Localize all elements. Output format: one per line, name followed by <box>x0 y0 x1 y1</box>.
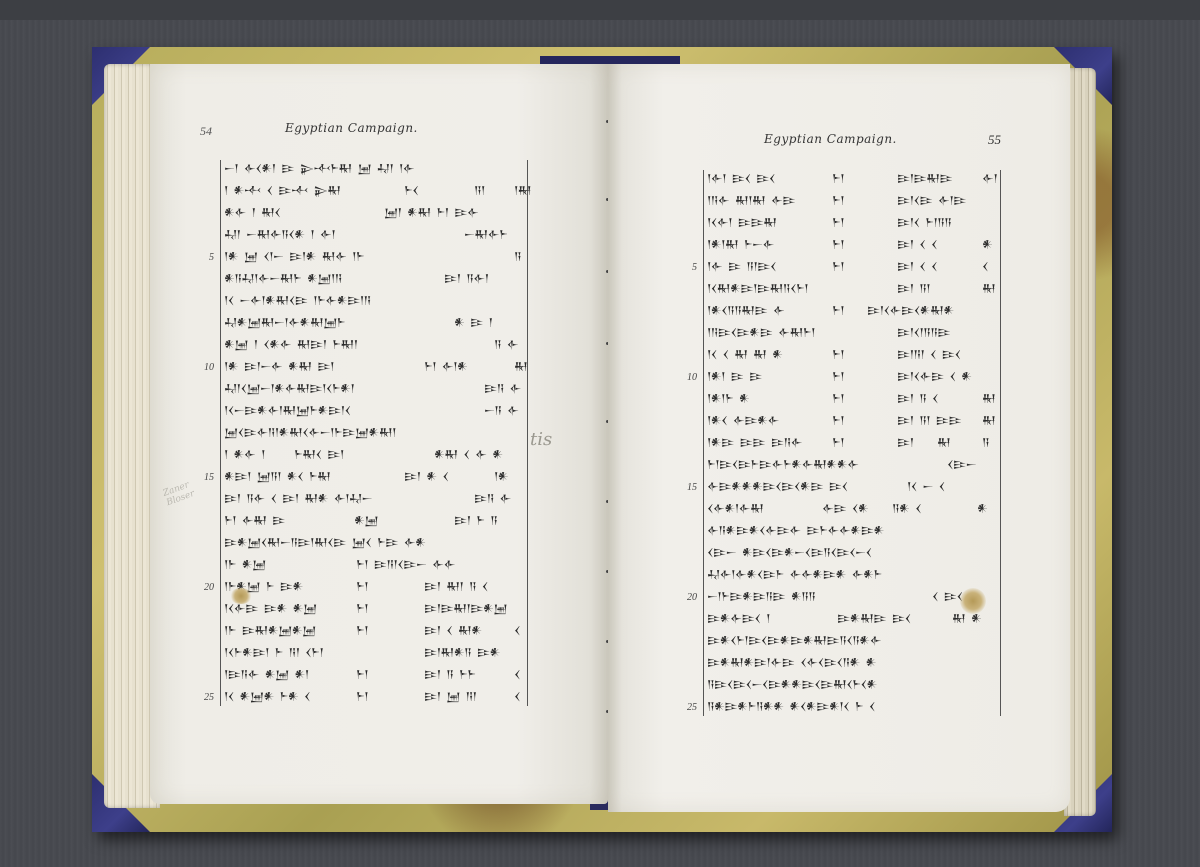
cuneiform-glyphs: 𒄷𒁹 𒀸𒊑𒅆𒀀𒌋𒀭 𒁹 𒅆𒁹 <box>224 228 335 242</box>
line-number: 10 <box>677 372 697 383</box>
text-line: 𒌋𒅆𒀭𒁹𒅆𒊑𒅆𒄿 𒌋𒀭𒀀𒀭 𒌋𒀭 <box>704 502 1000 516</box>
cuneiform-glyphs: 𒄿𒁹 𒀀 𒌋 <box>897 392 938 406</box>
cuneiform-glyphs: 𒈨𒌋 <box>404 184 418 198</box>
cuneiform-glyphs: 𒄿𒁹𒀀𒁹 𒌋 𒄿𒌋 <box>897 348 961 362</box>
text-line: 𒀀𒄿𒌋𒄿𒌋𒀸𒌋𒄿𒀭𒀭𒄿𒌋𒄿𒊑𒌋𒈨𒌋𒀭 <box>704 678 1000 692</box>
cuneiform-glyphs: 𒁹 𒀭𒋾 𒌋 𒄿𒋾 𒉌𒊑 <box>224 184 340 198</box>
cuneiform-glyphs: 𒈨𒁹 <box>832 194 844 208</box>
cuneiform-glyphs: 𒈨𒁹𒄿𒌋𒄿𒈨𒄿𒅆𒈨𒀭𒅆𒊑𒀭𒀭𒅆 <box>707 458 859 472</box>
cuneiform-glyphs: 𒁹𒈨 𒀭𒅁 <box>224 558 266 572</box>
cuneiform-glyphs: 𒌋 <box>982 260 988 274</box>
text-line: 𒄿𒀭𒊑𒀭𒄿𒁹𒅆𒄿 𒌋𒅆𒌋𒄿𒌋𒀀𒀭 𒀭 <box>704 656 1000 670</box>
cuneiform-glyphs: 𒄿𒁹 <box>897 436 914 450</box>
text-line: 𒁹𒈨𒀭𒅁 𒈨 𒄿𒀭𒈨𒁹𒄿𒁹 𒊑𒁹 𒀀 𒌋 <box>221 580 527 594</box>
cuneiform-glyphs: 𒈨𒁹 <box>832 216 844 230</box>
cuneiform-glyphs: 𒀭 <box>982 238 992 252</box>
line-number: 25 <box>194 692 214 703</box>
cuneiform-glyphs: 𒀀 𒅆 <box>494 338 518 352</box>
text-line: 𒁹𒅆𒁹 𒄿𒌋 𒄿𒌋𒈨𒁹𒄿𒁹𒄿𒊑𒄿𒅆𒁹 <box>704 172 1000 186</box>
text-line: 𒀭𒄿𒁹 𒅁𒀀𒁹 𒀭𒌋 𒈨𒊑𒄿𒁹 𒀭 𒌋𒁹𒀭 <box>221 470 527 484</box>
cuneiform-glyphs: 𒈨𒁹 <box>832 414 844 428</box>
cuneiform-glyphs: 𒄿𒀀 𒅆 <box>484 382 521 396</box>
page-number: 55 <box>988 132 1001 148</box>
cuneiform-glyphs: 𒈨𒁹 <box>832 304 844 318</box>
text-line: 𒁹 𒀭𒅆 𒁹𒈨𒊑𒌋 𒄿𒁹𒀭𒊑 𒌋 𒅆 𒀭 <box>221 448 527 462</box>
line-number: 25 <box>677 702 697 713</box>
cuneiform-glyphs: 𒄿𒀀 𒅆 <box>474 492 511 506</box>
cuneiform-glyphs: 𒈨𒁹 <box>832 436 844 450</box>
cuneiform-glyphs: 𒀸𒀀 𒅆 <box>484 404 519 418</box>
cuneiform-glyphs: 𒁹𒄿𒀀𒅆 𒀭𒅁 𒀭𒁹 <box>224 668 309 682</box>
foxing-stain <box>230 588 252 604</box>
cuneiform-glyphs: 𒅆𒀀𒀭𒄿𒀭𒌋𒅆𒄿𒅆 𒄿𒈨𒅆𒅆𒀭𒄿𒀭 <box>707 524 884 538</box>
page-number: 54 <box>200 124 212 139</box>
cuneiform-glyphs: 𒀭𒄿𒁹 𒅁𒀀𒁹 𒀭𒌋 𒈨𒊑 <box>224 470 330 484</box>
cuneiform-glyphs: 𒅁𒌋𒄿𒅆𒀀𒁹𒀭𒊑𒌋𒅆𒀸𒁹𒈨𒄿𒅁𒀭𒊑𒁹 <box>224 426 396 440</box>
text-line: 𒄿𒀭𒅁𒌋𒊑𒀸𒀀𒄿𒁹𒊑𒌋𒄿 𒅁𒌋 𒈨𒄿 𒅆𒀭 <box>221 536 527 550</box>
cuneiform-glyphs: 𒄿𒁹 𒊑𒁹 𒀀 𒌋 <box>424 580 488 594</box>
cuneiform-glyphs: 𒌋𒄿𒀸 <box>947 458 976 472</box>
cuneiform-glyphs: 𒈨𒁹 𒄿𒀀𒁹𒌋𒄿𒀸 𒅆𒅆 <box>356 558 455 572</box>
text-line: 𒀀𒀭𒄿𒀭𒈨𒀀𒀭𒀭 𒀭𒌋𒀭𒄿𒀭𒁹𒌋 𒈨 𒌋 <box>704 700 1000 714</box>
cuneiform-glyphs: 𒁹𒌋𒈨𒀭𒄿𒁹 𒈨 𒀀𒁹 𒌋𒈨𒁹 <box>224 646 323 660</box>
cuneiform-glyphs: 𒈨𒁹 <box>356 624 368 638</box>
cuneiform-glyphs: 𒈨𒁹 <box>832 370 844 384</box>
line-number: 10 <box>194 362 214 373</box>
text-line: 𒁹𒈨 𒄿𒊑𒀭𒅁𒀭𒅁𒈨𒁹𒄿𒁹 𒌋 𒊑𒀭𒌋 <box>221 624 527 638</box>
cuneiform-glyphs: 𒄿𒁹𒌋𒁹𒀀𒀀𒄿 <box>897 326 950 340</box>
text-line: 𒁹𒀭𒁹𒊑 𒈨𒀸𒅆𒈨𒁹𒄿𒁹 𒌋 𒌋𒀭 <box>704 238 1000 252</box>
cuneiform-glyphs: 𒄿𒀭𒌋𒈨𒁹𒄿𒌋𒄿𒀭𒄿𒀭𒊑𒄿𒀀𒌋𒀀𒀭𒅆 <box>707 634 881 648</box>
cuneiform-glyphs: 𒁹𒀭𒌋 𒅆𒄿𒀭𒅆 <box>707 414 779 428</box>
text-line: 𒅆𒀀𒀭𒄿𒀭𒌋𒅆𒄿𒅆 𒄿𒈨𒅆𒅆𒀭𒄿𒀭 <box>704 524 1000 538</box>
text-line: 𒀭𒀀𒄷𒁹𒅆𒀸𒊑𒈨 𒀭𒅁𒁹𒀀𒄿𒁹 𒀀𒅆𒁹 <box>221 272 527 286</box>
cuneiform-glyphs: 𒁹𒀭𒄿 𒄿𒄿 𒄿𒀀𒅆 <box>707 436 802 450</box>
left-page[interactable]: 54 Egyptian Campaign. 510152025 𒀸𒁹 𒅆𒌋𒀭𒁹 … <box>150 64 608 804</box>
margin-note-faint: Zaner Bloser <box>162 476 206 508</box>
cuneiform-glyphs: 𒈨𒁹 𒅆𒁹𒀭 <box>424 360 467 374</box>
cuneiform-glyphs: 𒁹𒌋𒅆𒄿 𒄿𒀭 𒀭𒅁 <box>224 602 317 616</box>
background-strip <box>0 0 1200 20</box>
text-line: 𒁹𒌋𒀸𒄿𒀭𒅆𒁹𒊑𒅁𒈨𒀭𒄿𒁹𒌋𒀸𒀀 𒅆 <box>221 404 527 418</box>
cuneiform-glyphs: 𒁹𒌋 𒀸𒅆𒁹𒀭𒊑𒌋𒄿 𒁹𒈨𒅆𒀭𒄿𒁹𒀀 <box>224 294 371 308</box>
cuneiform-glyphs: 𒄿𒁹 𒅁 𒀀𒁹 <box>424 690 476 704</box>
cuneiform-glyphs: 𒄿𒁹𒄿𒊑𒄿 <box>897 172 952 186</box>
cuneiform-glyphs: 𒄿𒁹 𒀀 𒈨𒈨 <box>424 668 476 682</box>
text-line: 𒁹𒀭 𒅁 𒌋𒁹𒀸 𒄿𒁹𒀭 𒊑𒅆 𒁹𒈨𒀀 <box>221 250 527 264</box>
cuneiform-glyphs: 𒄿𒁹 𒀭 𒌋 <box>404 470 448 484</box>
cuneiform-glyphs: 𒁹𒌋𒅆𒁹 𒄿𒄿𒊑 <box>707 216 776 230</box>
cuneiform-glyphs: 𒁹 𒀭𒅆 𒁹 <box>224 448 265 462</box>
cuneiform-glyphs: 𒈨𒁹 <box>832 172 844 186</box>
cuneiform-glyphs: 𒄿𒀭𒊑𒄿 𒄿𒌋 <box>837 612 911 626</box>
text-line: 𒁹𒌋𒈨𒀭𒄿𒁹 𒈨 𒀀𒁹 𒌋𒈨𒁹𒄿𒁹𒊑𒀭𒀀 𒄿𒀭 <box>221 646 527 660</box>
cuneiform-glyphs: 𒀸𒁹𒈨𒄿𒀭𒄿𒀀𒄿 𒀭𒀀𒀀 <box>707 590 815 604</box>
cuneiform-glyphs: 𒁹𒈨 𒄿𒊑𒀭𒅁𒀭𒅁 <box>224 624 316 638</box>
cuneiform-glyphs: 𒌋 <box>514 668 520 682</box>
cuneiform-glyphs: 𒁹𒊑 <box>514 184 531 198</box>
cuneiform-glyphs: 𒁹𒀭𒁹 𒄿 𒄿 <box>707 370 762 384</box>
cuneiform-glyphs: 𒄿𒁹𒌋𒅆𒄿 𒌋 𒀭 <box>897 370 972 384</box>
cuneiform-glyphs: 𒀀𒀭 𒌋 <box>892 502 921 516</box>
text-line: 𒁹𒄿𒀀𒅆 𒀭𒅁 𒀭𒁹𒈨𒁹𒄿𒁹 𒀀 𒈨𒈨𒌋 <box>221 668 527 682</box>
text-line: 𒁹𒀭𒄿 𒄿𒄿 𒄿𒀀𒅆𒈨𒁹𒄿𒁹𒊑𒀀 <box>704 436 1000 450</box>
cuneiform-glyphs: 𒄿𒁹𒄿𒊑𒁹𒄿𒀭𒅁 <box>424 602 507 616</box>
cuneiform-glyphs: 𒄿𒁹 𒀀𒁹 <box>897 282 930 296</box>
text-line: 𒀸𒁹 𒅆𒌋𒀭𒁹 𒄿 𒉌𒋾𒈨𒊑 𒅁 𒄷𒁹 𒁹𒅆 <box>221 162 527 176</box>
text-line: 𒈨𒁹𒄿𒌋𒄿𒈨𒄿𒅆𒈨𒀭𒅆𒊑𒀭𒀭𒅆𒌋𒄿𒀸 <box>704 458 1000 472</box>
cuneiform-glyphs: 𒈨𒁹 <box>356 580 368 594</box>
cuneiform-glyphs: 𒀸𒊑𒅆𒈨 <box>464 228 507 242</box>
cuneiform-glyphs: 𒈨𒁹 <box>356 690 368 704</box>
cuneiform-glyphs: 𒁹𒌋 𒀭𒅁𒀭 𒈨𒀭 𒌋 <box>224 690 310 704</box>
cuneiform-glyphs: 𒈨𒁹 <box>832 392 844 406</box>
cuneiform-glyphs: 𒊑 <box>982 392 995 406</box>
text-line: 𒁹𒈨 𒀭𒅁𒈨𒁹 𒄿𒀀𒁹𒌋𒄿𒀸 𒅆𒅆 <box>221 558 527 572</box>
cuneiform-glyphs: 𒀭𒅆 𒁹 𒊑𒌋 <box>224 206 280 220</box>
cuneiform-glyphs: 𒄿𒁹 𒌋 𒌋 <box>897 238 937 252</box>
cuneiform-glyphs: 𒁹𒌋𒀸𒄿𒀭𒅆𒁹𒊑𒅁𒈨𒀭𒄿𒁹𒌋 <box>224 404 351 418</box>
cuneiform-glyphs: 𒄿𒁹 𒀀𒅆𒁹 <box>444 272 489 286</box>
cuneiform-glyphs: 𒁹𒌋𒊑𒀭𒄿𒁹𒄿𒊑𒀀𒌋𒈨𒁹 <box>707 282 808 296</box>
text-line: 𒀭𒅆 𒁹 𒊑𒌋𒅁𒁹 𒀭𒊑 𒈨𒁹 𒄿𒅆 <box>221 206 527 220</box>
foxing-stain <box>960 588 986 614</box>
text-line: 𒁹𒌋 𒀸𒅆𒁹𒀭𒊑𒌋𒄿 𒁹𒈨𒅆𒀭𒄿𒁹𒀀 <box>221 294 527 308</box>
cuneiform-glyphs: 𒀭𒀀𒄷𒁹𒅆𒀸𒊑𒈨 𒀭𒅁𒁹𒀀 <box>224 272 342 286</box>
line-number: 15 <box>677 482 697 493</box>
cuneiform-glyphs: 𒅆𒁹 <box>982 172 997 186</box>
text-line: 𒅁𒌋𒄿𒅆𒀀𒁹𒀭𒊑𒌋𒅆𒀸𒁹𒈨𒄿𒅁𒀭𒊑𒁹 <box>221 426 527 440</box>
line-number: 5 <box>677 262 697 273</box>
cuneiform-glyphs: 𒁹𒀭𒁹𒈨 𒀭 <box>707 392 749 406</box>
text-line: 𒈨𒁹 𒅆𒊑 𒄿𒀭𒅁𒄿𒁹 𒈨 𒀀 <box>221 514 527 528</box>
cuneiform-glyphs: 𒁹𒀀𒄿𒌋𒄿𒀭𒄿 𒅆𒊑𒈨𒁹 <box>707 326 815 340</box>
text-line: 𒁹𒀀𒅆 𒊑𒁹𒊑 𒅆𒄿𒈨𒁹𒄿𒁹𒌋𒄿 𒅆𒁹𒄿 <box>704 194 1000 208</box>
text-line: 𒁹𒀭𒁹 𒄿 𒄿𒈨𒁹𒄿𒁹𒌋𒅆𒄿 𒌋 𒀭 <box>704 370 1000 384</box>
cuneiform-glyphs: 𒄷𒅆𒁹𒅆𒀭𒌋𒄿𒈨 𒅆𒅆𒀭𒄿𒀭 𒅆𒀭𒈨 <box>707 568 882 582</box>
cuneiform-glyphs: 𒄿𒁹 𒌋 𒊑𒀭 <box>424 624 482 638</box>
cuneiform-glyphs: 𒊑 𒀭 <box>952 612 981 626</box>
text-line: 𒁹𒌋 𒀭𒅁𒀭 𒈨𒀭 𒌋𒈨𒁹𒄿𒁹 𒅁 𒀀𒁹𒌋 <box>221 690 527 704</box>
cuneiform-glyphs: 𒁹𒅆 𒄿 𒀀𒁹𒄿𒌋 <box>707 260 776 274</box>
cuneiform-glyphs: 𒌋 <box>514 690 520 704</box>
cuneiform-glyphs: 𒄿𒁹𒌋𒅆𒄿𒌋𒀭𒊑𒀭 <box>867 304 954 318</box>
cuneiform-glyphs: 𒄿𒀭𒊑𒀭𒄿𒁹𒅆𒄿 𒌋𒅆𒌋𒄿𒌋𒀀𒀭 𒀭 <box>707 656 876 670</box>
line-number: 20 <box>677 592 697 603</box>
text-line: 𒁹𒀀𒄿𒌋𒄿𒀭𒄿 𒅆𒊑𒈨𒁹𒄿𒁹𒌋𒁹𒀀𒀀𒄿 <box>704 326 1000 340</box>
cuneiform-glyphs: 𒄿𒁹𒊑𒀭𒀀 𒄿𒀭 <box>424 646 500 660</box>
cuneiform-glyphs: 𒀀 <box>514 250 521 264</box>
cuneiform-glyphs: 𒀀𒄿𒌋𒄿𒌋𒀸𒌋𒄿𒀭𒀭𒄿𒌋𒄿𒊑𒌋𒈨𒌋𒀭 <box>707 678 877 692</box>
cuneiform-glyphs: 𒄿𒁹𒌋 𒈨𒁹𒀀𒀀 <box>897 216 951 230</box>
cuneiform-glyphs: 𒀭𒊑 𒌋 𒅆 𒀭 <box>434 448 503 462</box>
text-line: 𒄷𒁹𒌋𒅁𒀸𒁹𒀭𒅆𒊑𒄿𒁹𒌋𒈨𒀭𒁹𒄿𒀀 𒅆 <box>221 382 527 396</box>
cuneiform-glyphs: 𒅆𒄿𒀭𒀭𒀭𒄿𒌋𒄿𒌋𒀭𒄿 𒄿𒌋 <box>707 480 848 494</box>
cuneiform-glyphs: 𒈨𒁹 <box>832 348 844 362</box>
cuneiform-glyphs: 𒁹𒀭𒌋𒀀𒀀𒊑𒄿 𒅆 <box>707 304 784 318</box>
text-line: 𒀭𒅁 𒁹 𒌋𒀭𒅆 𒊑𒄿𒁹 𒈨𒊑𒁹𒀀 𒅆 <box>221 338 527 352</box>
running-head: Egyptian Campaign. <box>764 132 897 146</box>
cuneiform-glyphs: 𒁹𒅆𒁹 𒄿𒌋 𒄿𒌋 <box>707 172 775 186</box>
cuneiform-glyphs: 𒄿𒀭𒅆𒄿𒌋 𒁹 <box>707 612 770 626</box>
cuneiform-glyphs: 𒊑 <box>982 414 995 428</box>
text-line: 𒁹𒀭𒌋 𒅆𒄿𒀭𒅆𒈨𒁹𒄿𒁹 𒀀𒁹 𒄿𒄿𒊑 <box>704 414 1000 428</box>
text-line: 𒄷𒀭𒅁𒊑𒀸𒁹𒅆𒀭𒊑𒅁𒈨𒀭 𒄿 𒁹 <box>221 316 527 330</box>
cuneiform-glyphs: 𒄿𒁹 𒀀𒁹 𒄿𒄿 <box>897 414 961 428</box>
cuneiform-glyphs: 𒄿𒁹 𒀀𒅆 𒌋 𒄿𒁹 𒊑𒀭 𒅆𒁹𒄷𒀸 <box>224 492 372 506</box>
cuneiform-glyphs: 𒊑 <box>937 436 950 450</box>
text-line: 𒄿𒁹 𒀀𒅆 𒌋 𒄿𒁹 𒊑𒀭 𒅆𒁹𒄷𒀸𒄿𒀀 𒅆 <box>221 492 527 506</box>
cuneiform-glyphs: 𒈨𒁹 𒅆𒊑 𒄿 <box>224 514 285 528</box>
margin-note-pencil: tis <box>530 429 552 450</box>
cuneiform-glyphs: 𒄿𒁹𒌋𒄿 𒅆𒁹𒄿 <box>897 194 966 208</box>
text-line: 𒄷𒅆𒁹𒅆𒀭𒌋𒄿𒈨 𒅆𒅆𒀭𒄿𒀭 𒅆𒀭𒈨 <box>704 568 1000 582</box>
text-line: 𒀸𒁹𒈨𒄿𒀭𒄿𒀀𒄿 𒀭𒀀𒀀𒌋 𒄿𒌋 <box>704 590 1000 604</box>
cuneiform-glyphs: 𒈨𒁹 <box>832 238 844 252</box>
text-line: 𒁹𒌋𒅆𒁹 𒄿𒄿𒊑𒈨𒁹𒄿𒁹𒌋 𒈨𒁹𒀀𒀀 <box>704 216 1000 230</box>
cuneiform-glyphs: 𒈨𒁹 <box>356 602 368 616</box>
cuneiform-glyphs: 𒀀𒁹 <box>474 184 485 198</box>
text-line: 𒁹𒌋𒊑𒀭𒄿𒁹𒄿𒊑𒀀𒌋𒈨𒁹𒄿𒁹 𒀀𒁹𒊑 <box>704 282 1000 296</box>
cuneiform-glyphs: 𒀀𒀭𒄿𒀭𒈨𒀀𒀭𒀭 𒀭𒌋𒀭𒄿𒀭𒁹𒌋 𒈨 𒌋 <box>707 700 875 714</box>
text-line: 𒅆𒄿𒀭𒀭𒀭𒄿𒌋𒄿𒌋𒀭𒄿 𒄿𒌋𒁹𒌋 𒀸 𒌋 <box>704 480 1000 494</box>
cuneiform-glyphs: 𒊑 <box>982 282 995 296</box>
text-line: 𒄿𒀭𒌋𒈨𒁹𒄿𒌋𒄿𒀭𒄿𒀭𒊑𒄿𒀀𒌋𒀀𒀭𒅆 <box>704 634 1000 648</box>
text-line: 𒁹 𒀭𒋾 𒌋 𒄿𒋾 𒉌𒊑𒈨𒌋𒀀𒁹𒁹𒊑 <box>221 184 527 198</box>
cuneiform-glyphs: 𒌋𒄿𒀸 𒀭𒄿𒌋𒄿𒀭𒀸𒌋𒄿𒀀𒌋𒄿𒌋𒀸𒌋 <box>707 546 872 560</box>
text-line: 𒁹𒀭 𒄿𒁹𒀸𒅆 𒀭𒊑 𒄿𒁹𒈨𒁹 𒅆𒁹𒀭𒊑 <box>221 360 527 374</box>
cuneiform-glyphs: 𒈨𒊑𒌋 𒄿𒁹 <box>294 448 344 462</box>
cuneiform-glyphs: 𒁹𒀭 𒅁 𒌋𒁹𒀸 𒄿𒁹𒀭 𒊑𒅆 𒁹𒈨 <box>224 250 364 264</box>
cuneiform-glyphs: 𒄿𒁹 𒈨 𒀀 <box>454 514 497 528</box>
cuneiform-glyphs: 𒈨𒁹 <box>832 260 844 274</box>
cuneiform-glyphs: 𒄿𒁹 𒌋 𒌋 <box>897 260 937 274</box>
cuneiform-glyphs: 𒌋 <box>514 624 520 638</box>
cuneiform-glyphs: 𒌋 𒄿𒌋 <box>932 590 962 604</box>
line-number: 20 <box>194 582 214 593</box>
text-line: 𒁹𒀭𒌋𒀀𒀀𒊑𒄿 𒅆𒈨𒁹𒄿𒁹𒌋𒅆𒄿𒌋𒀭𒊑𒀭 <box>704 304 1000 318</box>
cuneiform-glyphs: 𒅆𒄿 𒌋𒀭 <box>822 502 868 516</box>
cuneiform-glyphs: 𒁹𒀭𒁹𒊑 𒈨𒀸𒅆 <box>707 238 774 252</box>
text-line: 𒁹𒌋𒅆𒄿 𒄿𒀭 𒀭𒅁𒈨𒁹𒄿𒁹𒄿𒊑𒁹𒄿𒀭𒅁 <box>221 602 527 616</box>
text-line: 𒁹𒀭𒁹𒈨 𒀭𒈨𒁹𒄿𒁹 𒀀 𒌋𒊑 <box>704 392 1000 406</box>
cuneiform-glyphs: 𒌋𒅆𒀭𒁹𒅆𒊑 <box>707 502 763 516</box>
cuneiform-glyphs: 𒀭𒅁 <box>354 514 378 528</box>
cuneiform-glyphs: 𒊑 <box>514 360 527 374</box>
text-line: 𒌋𒄿𒀸 𒀭𒄿𒌋𒄿𒀭𒀸𒌋𒄿𒀀𒌋𒄿𒌋𒀸𒌋 <box>704 546 1000 560</box>
running-head: Egyptian Campaign. <box>285 121 418 135</box>
cuneiform-glyphs: 𒁹𒀭 𒄿𒁹𒀸𒅆 𒀭𒊑 𒄿𒁹 <box>224 360 334 374</box>
line-number: 5 <box>194 252 214 263</box>
cuneiform-glyphs: 𒁹𒀀𒅆 𒊑𒁹𒊑 𒅆𒄿 <box>707 194 795 208</box>
cuneiform-glyphs: 𒀸𒁹 𒅆𒌋𒀭𒁹 𒄿 𒉌𒋾𒈨𒊑 𒅁 𒄷𒁹 𒁹𒅆 <box>224 162 414 176</box>
cuneiform-glyphs: 𒄷𒀭𒅁𒊑𒀸𒁹𒅆𒀭𒊑𒅁𒈨 <box>224 316 345 330</box>
cuneiform-glyphs: 𒀭𒅁 𒁹 𒌋𒀭𒅆 𒊑𒄿𒁹 𒈨𒊑𒁹 <box>224 338 358 352</box>
text-line: 𒄿𒀭𒅆𒄿𒌋 𒁹𒄿𒀭𒊑𒄿 𒄿𒌋𒊑 𒀭 <box>704 612 1000 626</box>
cuneiform-glyphs: 𒀭 𒄿 𒁹 <box>454 316 492 330</box>
cuneiform-text-block: 𒀸𒁹 𒅆𒌋𒀭𒁹 𒄿 𒉌𒋾𒈨𒊑 𒅁 𒄷𒁹 𒁹𒅆𒁹 𒀭𒋾 𒌋 𒄿𒋾 𒉌𒊑𒈨𒌋𒀀𒁹𒁹𒊑… <box>220 160 528 706</box>
text-line: 𒁹𒌋 𒌋 𒊑 𒊑 𒀭𒈨𒁹𒄿𒁹𒀀𒁹 𒌋 𒄿𒌋 <box>704 348 1000 362</box>
cuneiform-glyphs: 𒈨𒁹 <box>356 668 368 682</box>
cuneiform-glyphs: 𒄷𒁹𒌋𒅁𒀸𒁹𒀭𒅆𒊑𒄿𒁹𒌋𒈨𒀭𒁹 <box>224 382 354 396</box>
cuneiform-glyphs: 𒅁𒁹 𒀭𒊑 𒈨𒁹 𒄿𒅆 <box>384 206 478 220</box>
cuneiform-glyphs: 𒀀 <box>982 436 989 450</box>
cuneiform-glyphs: 𒄿𒀭𒅁𒌋𒊑𒀸𒀀𒄿𒁹𒊑𒌋𒄿 𒅁𒌋 𒈨𒄿 𒅆𒀭 <box>224 536 426 550</box>
cuneiform-glyphs: 𒁹𒌋 𒀸 𒌋 <box>907 480 945 494</box>
text-line: 𒄷𒁹 𒀸𒊑𒅆𒀀𒌋𒀭 𒁹 𒅆𒁹𒀸𒊑𒅆𒈨 <box>221 228 527 242</box>
cuneiform-glyphs: 𒁹𒀭 <box>494 470 508 484</box>
cuneiform-text-block: 𒁹𒅆𒁹 𒄿𒌋 𒄿𒌋𒈨𒁹𒄿𒁹𒄿𒊑𒄿𒅆𒁹𒁹𒀀𒅆 𒊑𒁹𒊑 𒅆𒄿𒈨𒁹𒄿𒁹𒌋𒄿 𒅆𒁹𒄿𒁹𒌋… <box>703 170 1001 716</box>
text-line: 𒁹𒅆 𒄿 𒀀𒁹𒄿𒌋𒈨𒁹𒄿𒁹 𒌋 𒌋𒌋 <box>704 260 1000 274</box>
cuneiform-glyphs: 𒀭 <box>977 502 987 516</box>
cuneiform-glyphs: 𒁹𒌋 𒌋 𒊑 𒊑 𒀭 <box>707 348 783 362</box>
right-page[interactable]: Egyptian Campaign. 55 510152025 𒁹𒅆𒁹 𒄿𒌋 𒄿… <box>608 64 1070 812</box>
